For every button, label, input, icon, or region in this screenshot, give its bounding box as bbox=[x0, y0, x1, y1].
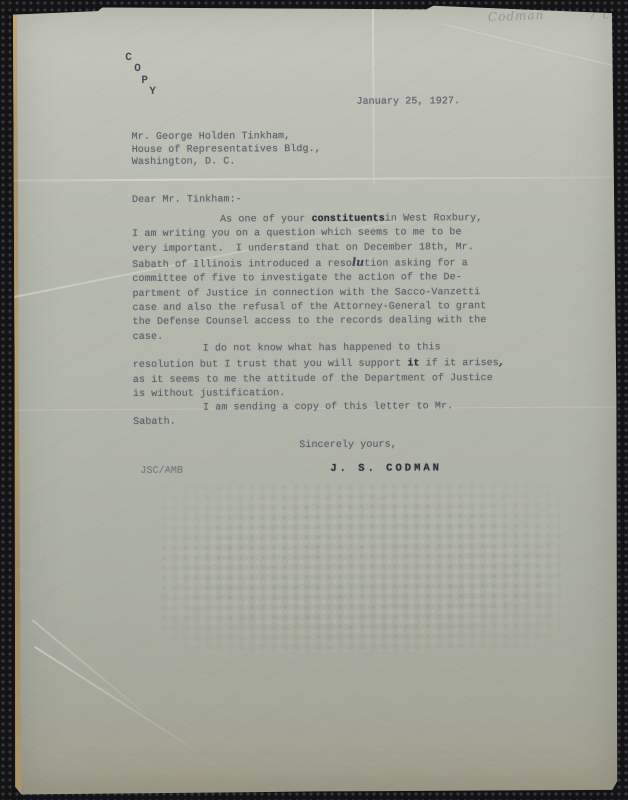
text-segment: resolution but I trust that you will sup… bbox=[133, 359, 408, 371]
text-segment: case and also the refusal of the Attorne… bbox=[132, 301, 486, 314]
text-segment: is without justification. bbox=[133, 388, 286, 400]
copy-stamp-letter: Y bbox=[149, 86, 156, 98]
scan-background: { "pencil_annotations": { "name": "Codma… bbox=[0, 0, 628, 800]
text-segment: committee of five to investigate the act… bbox=[132, 273, 462, 286]
text-line: committee of five to investigate the act… bbox=[132, 271, 486, 287]
handwritten-correction: lu bbox=[352, 256, 364, 269]
text-line: Sabath of Illinois introduced a resoluti… bbox=[132, 255, 486, 273]
text-line: Washington, D. C. bbox=[132, 156, 321, 169]
recipient-address: Mr. George Holden Tinkham,House of Repre… bbox=[132, 131, 321, 169]
text-segment: House of Representatives Bldg., bbox=[132, 143, 321, 155]
text-segment: case. bbox=[133, 332, 164, 343]
text-segment: the Defense Counsel access to the record… bbox=[133, 316, 487, 329]
body-paragraph-3: I am sending a copy of this letter to Mr… bbox=[133, 400, 453, 430]
fold-crease bbox=[11, 176, 616, 181]
text-line: I am writing you on a question which see… bbox=[132, 226, 486, 242]
wrinkle-line bbox=[34, 646, 195, 750]
signature: J. S. CODMAN bbox=[330, 461, 442, 476]
text-segment: I am sending a copy of this letter to Mr… bbox=[203, 401, 453, 413]
text-line: House of Representatives Bldg., bbox=[132, 143, 321, 156]
text-segment: it bbox=[407, 359, 419, 370]
text-segment: As one of your bbox=[220, 214, 312, 225]
letter-page: Codman 7 c C O P Y January 25, 1927. Mr.… bbox=[10, 4, 619, 794]
body-paragraph-2: I do not know what has happened to thisr… bbox=[133, 341, 503, 402]
copy-stamp-letter: P bbox=[141, 75, 148, 87]
closing: Sincerely yours, bbox=[299, 439, 397, 454]
text-segment: tion asking for a bbox=[364, 258, 468, 270]
salutation: Dear Mr. Tinkham:- bbox=[132, 193, 242, 208]
text-line: the Defense Counsel access to the record… bbox=[133, 315, 487, 331]
pencil-annotation-number: 7 c bbox=[589, 7, 610, 21]
text-line: Mr. George Holden Tinkham, bbox=[132, 131, 321, 144]
fold-crease bbox=[372, 6, 375, 184]
text-segment: constituents bbox=[312, 214, 385, 225]
wrinkle-line bbox=[443, 24, 618, 68]
text-segment: very important. I understand that on Dec… bbox=[132, 242, 474, 255]
letter-date: January 25, 1927. bbox=[356, 95, 460, 110]
text-segment: I do not know what has happened to this bbox=[203, 342, 441, 354]
backing-mesh-showthrough bbox=[160, 483, 561, 653]
text-segment: in West Roxbury, bbox=[385, 213, 483, 225]
binding-edge bbox=[10, 8, 21, 795]
text-segment: Sabath of Illinois introduced a reso bbox=[132, 259, 352, 271]
text-line: I am sending a copy of this letter to Mr… bbox=[133, 400, 453, 416]
body-paragraph-1: As one of your constituentsin West Roxbu… bbox=[132, 212, 487, 345]
text-segment: if it arises bbox=[420, 358, 499, 369]
torn-corner bbox=[605, 777, 619, 791]
text-segment: I am writing you on a question which see… bbox=[132, 228, 462, 241]
text-segment: Washington, D. C. bbox=[132, 156, 236, 168]
wrinkle-line bbox=[32, 619, 148, 716]
text-line: as it seems to me the attitude of the De… bbox=[133, 372, 503, 388]
text-segment: Sabath. bbox=[133, 417, 176, 428]
handwritten-correction: , bbox=[499, 355, 503, 368]
copy-stamp-letter: O bbox=[134, 63, 141, 75]
text-segment: as it seems to me the attitude of the De… bbox=[133, 373, 493, 386]
text-segment: partment of Justice in connection with t… bbox=[132, 287, 480, 300]
text-line: Sabath. bbox=[133, 415, 453, 431]
pencil-annotation-name: Codman bbox=[488, 8, 545, 24]
text-segment: Mr. George Holden Tinkham, bbox=[132, 131, 291, 143]
copy-stamp-letter: C bbox=[125, 52, 132, 64]
typist-reference: JSC/AMB bbox=[140, 465, 183, 480]
text-line: resolution but I trust that you will sup… bbox=[133, 355, 503, 373]
